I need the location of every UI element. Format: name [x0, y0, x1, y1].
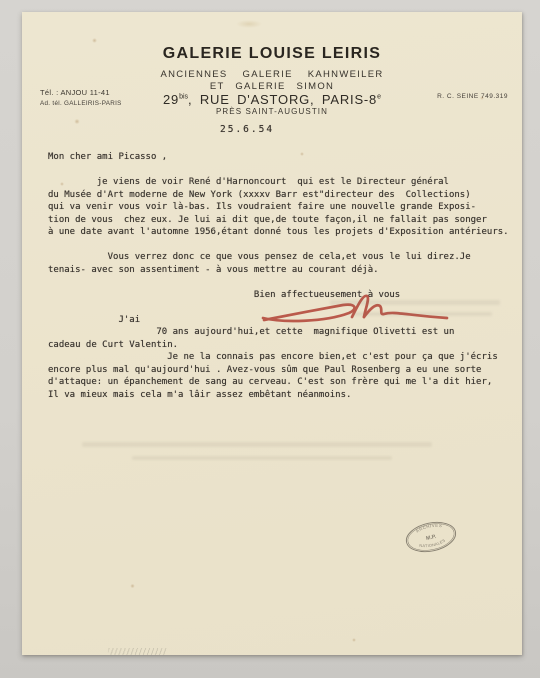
address-number-suffix: bis — [179, 94, 188, 101]
address-street: , RUE D'ASTORG, PARIS-8 — [188, 92, 377, 107]
foxing-spot — [352, 638, 356, 642]
ink-show-through — [82, 442, 432, 447]
ink-show-through — [330, 300, 500, 305]
ink-show-through — [132, 456, 392, 460]
letter-body: Mon cher ami Picasso , je viens de voir … — [48, 151, 509, 401]
telephone-number: Tél. : ANJOU 11-41 — [40, 88, 110, 97]
signature-scrawl — [253, 290, 453, 330]
paper-stain — [236, 20, 262, 28]
foxing-spot — [300, 152, 304, 156]
trade-register-number: R. C. SEINE 749.319 — [437, 93, 508, 100]
ink-show-through — [352, 312, 492, 316]
gallery-name: GALERIE LOUISE LEIRIS — [22, 45, 522, 63]
foxing-spot — [480, 96, 484, 100]
address-number: 29 — [163, 92, 179, 107]
foxing-spot — [130, 584, 135, 588]
stamp-center-text: M.P. — [426, 534, 438, 542]
address-note: PRÈS SAINT-AUGUSTIN — [22, 107, 522, 116]
letter-page: GALERIE LOUISE LEIRIS ANCIENNES GALERIE … — [22, 12, 522, 655]
telegraphic-address: Ad. tél. GALLEIRIS-PARIS — [40, 100, 122, 107]
letter-date: 25.6.54 — [220, 124, 274, 135]
arrondissement-suffix: e — [377, 94, 381, 101]
signature-loop — [263, 305, 355, 321]
foxing-spot — [92, 38, 97, 43]
foxing-spot — [60, 182, 64, 186]
faint-pencil-inscription — [107, 648, 168, 655]
archive-stamp: ARCHIVES M.P. NATIONALES — [398, 508, 464, 565]
foxing-spot — [74, 119, 80, 124]
gallery-subtitle-line1: ANCIENNES GALERIE KAHNWEILER — [22, 69, 522, 80]
